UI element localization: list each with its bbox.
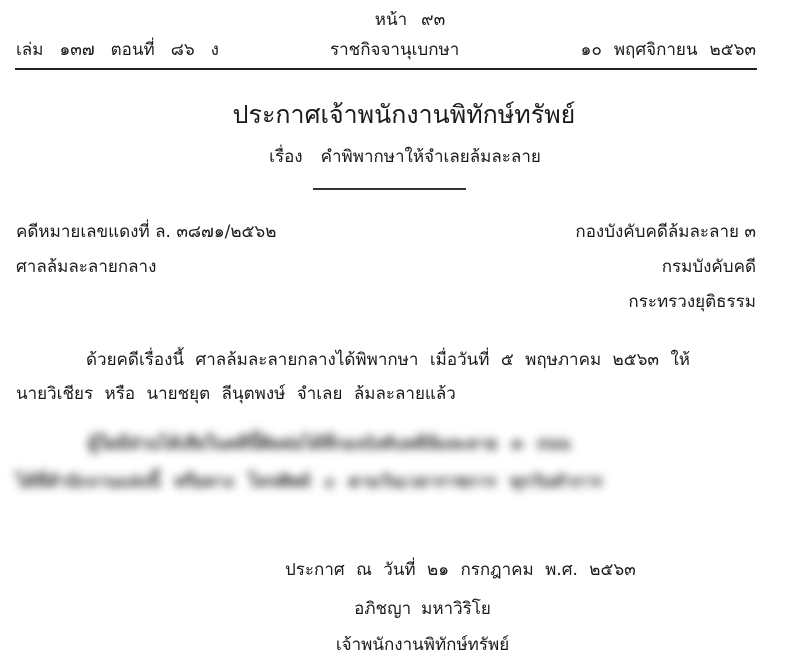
announcement-date: ประกาศ ณ วันที่ ๒๑ กรกฎาคม พ.ศ. ๒๕๖๓: [285, 556, 636, 583]
section-number: ๘๖: [171, 40, 195, 60]
section-type: ง: [211, 40, 219, 60]
volume-label: เล่ม: [16, 40, 43, 60]
redacted-text-line-1: ผู้ใดมีส่วนได้เสียในคดีนี้ติดต่อได้ที่กอ…: [88, 430, 570, 457]
header-divider: [15, 68, 757, 70]
subject-label: เรื่อง: [269, 147, 302, 167]
signer-name: อภิชญามหาวิริโย: [0, 595, 800, 622]
department-name: กรมบังคับคดี: [662, 253, 756, 280]
court-name: ศาลล้มละลายกลาง: [16, 253, 156, 280]
signer-last-name: มหาวิริโย: [421, 599, 491, 619]
page-number-value: ๙๓: [421, 10, 445, 30]
page-number: หน้า๙๓: [0, 6, 800, 33]
document-title: ประกาศเจ้าพนักงานพิทักษ์ทรัพย์: [0, 95, 800, 135]
volume-section-info: เล่ม๑๓๗ตอนที่๘๖ง: [16, 36, 235, 63]
body-paragraph-line-2: นายวิเชียร หรือ นายชยุต ลีนุตพงษ์ จำเลย …: [16, 380, 456, 407]
signer-position: เจ้าพนักงานพิทักษ์ทรัพย์: [0, 631, 800, 658]
body-paragraph-line-1: ด้วยคดีเรื่องนี้ ศาลล้มละลายกลางได้พิพาก…: [86, 346, 690, 373]
section-label: ตอนที่: [111, 40, 155, 60]
page-label: หน้า: [375, 10, 407, 30]
case-number: คดีหมายเลขแดงที่ ล. ๓๘๗๑/๒๕๖๒: [16, 218, 276, 245]
volume-number: ๑๓๗: [59, 40, 94, 60]
redacted-text-line-2: ได้ที่สำนักงานแห่งนี้ หรือทาง โทรศัพท์ ๐…: [16, 468, 602, 495]
publication-date: ๑๐พฤศจิกายน๒๕๖๓: [581, 36, 756, 63]
signer-first-name: อภิชญา: [354, 599, 411, 619]
date-month: พฤศจิกายน: [614, 40, 698, 60]
subject-text: คำพิพากษาให้จำเลยล้มละลาย: [321, 147, 541, 167]
ministry-name: กระทรวงยุติธรรม: [628, 288, 756, 315]
date-day: ๑๐: [581, 40, 602, 60]
document-subject: เรื่องคำพิพากษาให้จำเลยล้มละลาย: [0, 143, 800, 170]
title-divider: [313, 188, 466, 190]
office-division: กองบังคับคดีล้มละลาย ๓: [575, 218, 756, 245]
publication-name: ราชกิจจานุเบกษา: [330, 36, 459, 63]
date-year: ๒๕๖๓: [710, 40, 756, 60]
